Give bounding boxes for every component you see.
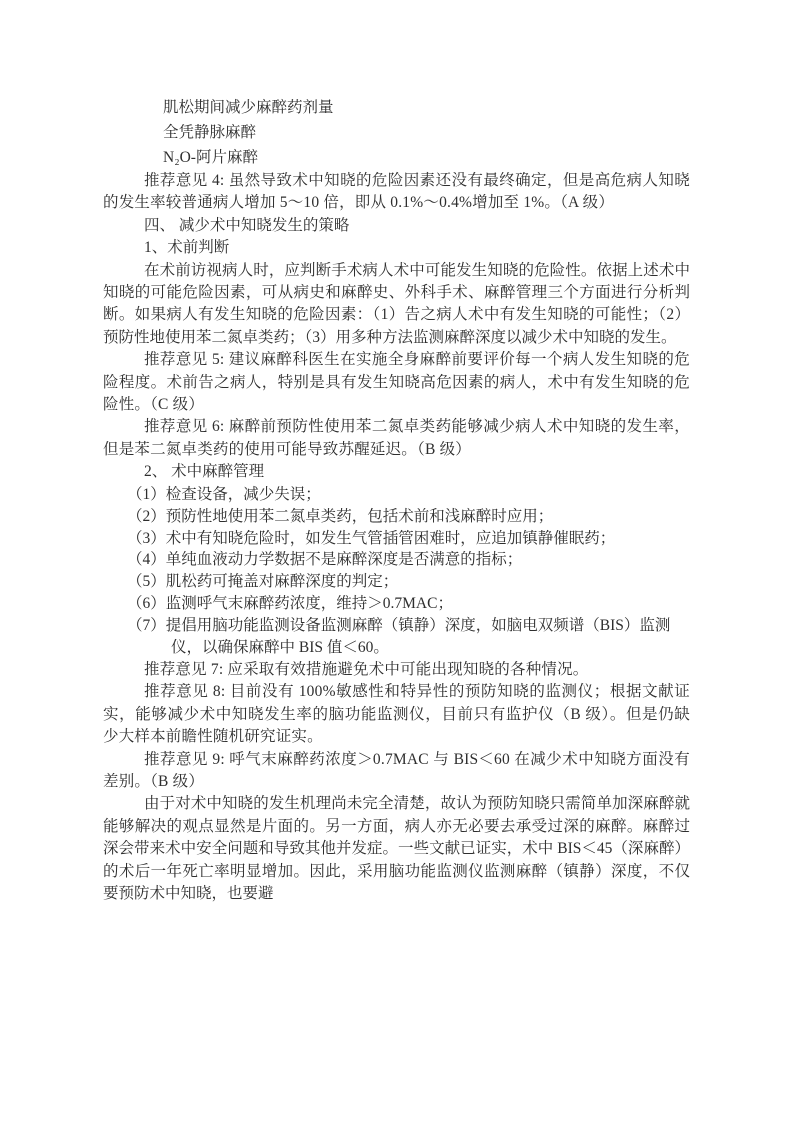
recommendation-5: 推荐意见 5: 建议麻醉科医生在实施全身麻醉前要评价每一个病人发生知晓的危险程度… [103, 349, 690, 416]
subsection-heading-1: 1、术前判断 [103, 237, 690, 259]
anesthesia-option-list: 肌松期间减少麻醉药剂量 全凭静脉麻醉 N₂O-阿片麻醉 [103, 95, 690, 170]
anesthesia-option: N₂O-阿片麻醉 [163, 145, 690, 170]
recommendation-8: 推荐意见 8: 目前没有 100%敏感性和特异性的预防知晓的监测仪；根据文献证实… [103, 681, 690, 748]
recommendation-4: 推荐意见 4: 虽然导致术中知晓的危险因素还没有最终确定，但是高危病人知晓的发生… [103, 170, 690, 215]
anesthesia-option: 全凭静脉麻醉 [163, 120, 690, 145]
paragraph-preop-judgement: 在术前访视病人时，应判断手术病人术中可能发生知晓的危险性。依据上述术中知晓的可能… [103, 260, 690, 350]
paragraph-discussion: 由于对术中知晓的发生机理尚未完全清楚，故认为预防知晓只需简单加深麻醉就能够解决的… [103, 793, 690, 905]
management-item-6: （6）监测呼气末麻醉药浓度，维持＞0.7MAC； [127, 593, 690, 615]
anesthesia-option: 肌松期间减少麻醉药剂量 [163, 95, 690, 120]
management-item-7: （7）提倡用脑功能监测设备监测麻醉（镇静）深度，如脑电双频谱（BIS）监测仪，以… [127, 615, 690, 659]
section-heading-4: 四、 减少术中知晓发生的策略 [103, 215, 690, 237]
document-page: 肌松期间减少麻醉药剂量 全凭静脉麻醉 N₂O-阿片麻醉 推荐意见 4: 虽然导致… [0, 0, 793, 1122]
management-item-3: （3）术中有知晓危险时，如发生气管插管困难时，应追加镇静催眠药； [127, 528, 690, 550]
recommendation-7: 推荐意见 7: 应采取有效措施避免术中可能出现知晓的各种情况。 [103, 659, 690, 681]
recommendation-9: 推荐意见 9: 呼气末麻醉药浓度＞0.7MAC 与 BIS＜60 在减少术中知晓… [103, 749, 690, 794]
recommendation-6: 推荐意见 6: 麻醉前预防性使用苯二氮卓类药能够减少病人术中知晓的发生率，但是苯… [103, 416, 690, 461]
management-item-4: （4）单纯血液动力学数据不是麻醉深度是否满意的指标； [127, 549, 690, 571]
subsection-heading-2: 2、 术中麻醉管理 [103, 461, 690, 483]
management-measure-list: （1）检查设备，减少失误； （2）预防性地使用苯二氮卓类药，包括术前和浅麻醉时应… [103, 484, 690, 659]
management-item-1: （1）检查设备，减少失误； [127, 484, 690, 506]
management-item-2: （2）预防性地使用苯二氮卓类药，包括术前和浅麻醉时应用； [127, 506, 690, 528]
management-item-5: （5）肌松药可掩盖对麻醉深度的判定； [127, 571, 690, 593]
